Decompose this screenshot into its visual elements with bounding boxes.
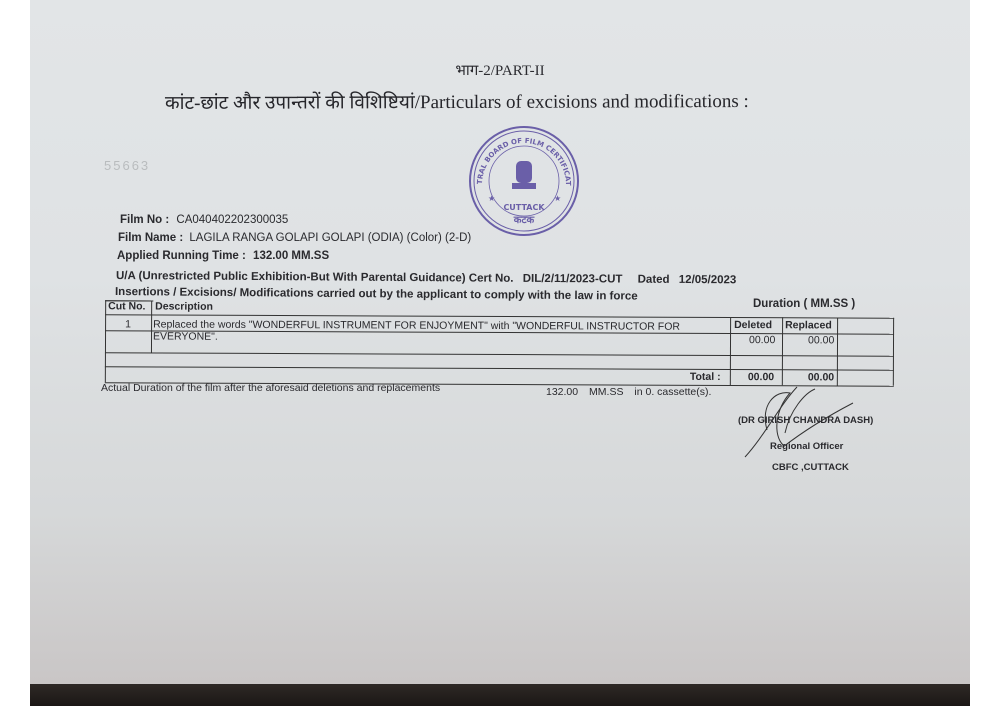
header-description: Description [155,300,213,312]
cert-number: DIL/2/11/2023-CUT [523,273,623,286]
dated-label: Dated [638,274,670,286]
part-label: भाग-2/PART-II [0,60,1000,80]
film-name-value: LAGILA RANGA GOLAPI GOLAPI (ODIA) (Color… [189,232,471,244]
row-deleted: 00.00 [749,334,775,346]
film-name-row: Film Name : LAGILA RANGA GOLAPI GOLAPI (… [118,232,471,244]
header-cut-no: Cut No. [108,300,145,312]
total-deleted: 00.00 [748,371,774,383]
section-heading: कांट-छांट और उपान्तरों की विशिष्टियां/Pa… [165,87,749,115]
running-time-value: 132.00 MM.SS [253,250,329,262]
film-no-value: CA040402202300035 [176,214,288,226]
svg-text:★: ★ [554,194,561,203]
dated-value: 12/05/2023 [679,274,737,286]
excisions-table: Cut No. Description Deleted Replaced 1 R… [105,300,894,387]
signatory-office: CBFC ,CUTTACK [772,462,849,473]
running-time-row: Applied Running Time : 132.00 MM.SS [117,250,329,262]
total-label: Total : [690,371,721,383]
total-replaced: 00.00 [808,371,834,383]
film-no-label: Film No : [120,214,169,226]
signatory-name: (DR GIRISH CHANDRA DASH) [738,415,873,426]
row-description-line2: EVERYONE". [153,330,218,342]
row-cut-no: 1 [125,318,131,330]
film-name-label: Film Name : [118,232,183,244]
actual-duration-unit: MM.SS [589,386,623,398]
svg-text:★: ★ [488,194,495,203]
svg-text:कटक: कटक [513,215,536,226]
row-replaced: 00.00 [808,334,834,346]
actual-duration-label: Actual Duration of the film after the af… [101,382,440,394]
row-description-line1: Replaced the words "WONDERFUL INSTRUMENT… [153,318,680,332]
svg-text:CUTTACK: CUTTACK [503,203,545,212]
actual-duration-row: 132.00 MM.SS in 0. cassette(s). [546,386,711,398]
header-deleted: Deleted [734,319,772,331]
header-replaced: Replaced [785,319,832,331]
faint-reference-number: 55663 [104,158,150,173]
running-time-label: Applied Running Time : [117,250,246,262]
signatory-designation: Regional Officer [770,441,843,452]
actual-duration-value: 132.00 [546,386,578,398]
film-no-row: Film No : CA040402202300035 [120,214,288,226]
cbfc-seal-icon: CENTRAL BOARD OF FILM CERTIFICATION ★ ★ … [468,125,580,237]
background-shadow [30,684,970,706]
cassette-count: in 0. cassette(s). [634,386,711,398]
